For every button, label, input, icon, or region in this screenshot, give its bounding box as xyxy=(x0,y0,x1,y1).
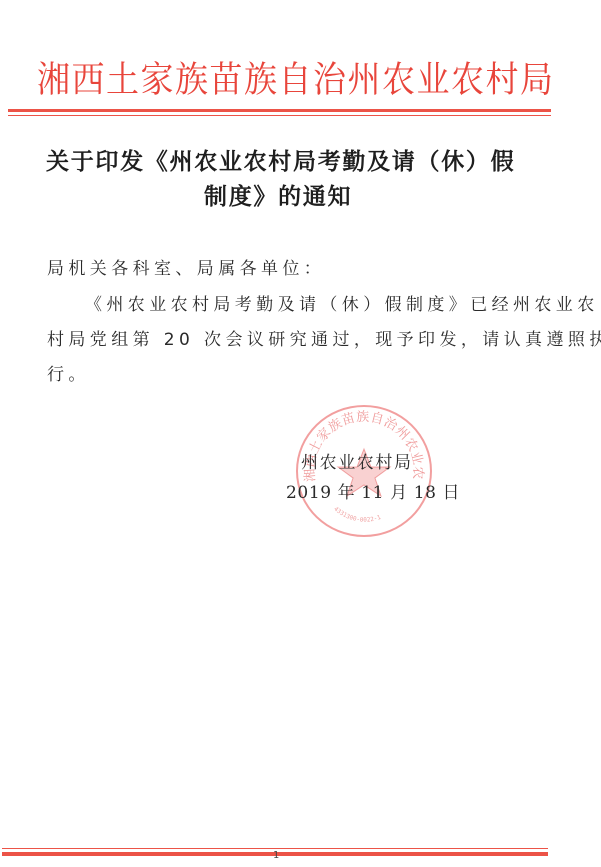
letterhead-rule-thick xyxy=(8,109,551,112)
signature-date: 2019 年 11 月 18 日 xyxy=(286,482,460,504)
body-line-1: 《州农业农村局考勤及请（休）假制度》已经州农业农 xyxy=(85,294,599,316)
letterhead-rule-thin xyxy=(8,115,551,116)
document-title-line-2: 制度》的通知 xyxy=(204,182,601,212)
signature-org: 州农业农村局 xyxy=(301,452,413,474)
footer-rule-thin xyxy=(2,848,548,849)
body-line-2: 村局党组第 20 次会议研究通过，现予印发，请认真遵照执 xyxy=(47,329,601,351)
svg-text:4331300-0022-1: 4331300-0022-1 xyxy=(332,506,382,524)
document-title-line-1: 关于印发《州农业农村局考勤及请（休）假 xyxy=(46,147,526,177)
body-line-3: 行。 xyxy=(47,364,90,386)
document-page: 湘西土家族苗族自治州农业农村局 关于印发《州农业农村局考勤及请（休）假 制度》的… xyxy=(0,0,601,867)
salutation: 局机关各科室、局属各单位： xyxy=(47,258,325,280)
org-letterhead-title: 湘西土家族苗族自治州农业农村局 xyxy=(37,58,537,101)
page-number: 1 xyxy=(273,850,279,862)
